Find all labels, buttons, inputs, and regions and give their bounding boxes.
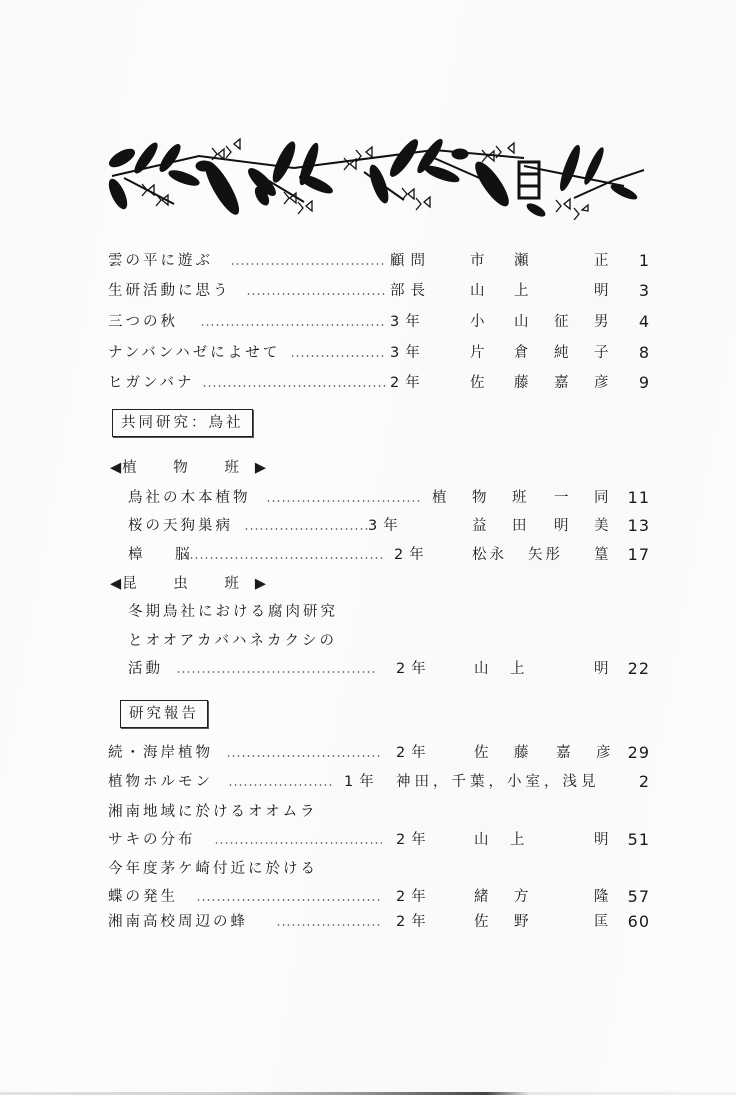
toc-entry[interactable]: 活動 2年 山 上 明 22 — [0, 657, 736, 681]
toc-entry[interactable]: 雲の平に遊ぶ 顧問 市 瀬 正 1 — [0, 249, 736, 273]
leader-dots — [290, 341, 386, 365]
toc-entry-line: 今年度茅ケ崎付近に於ける — [0, 857, 736, 881]
leader-dots — [266, 486, 422, 510]
entry-page: 29 — [628, 741, 650, 765]
toc-entry-line: 湘南地域に於けるオオムラ — [0, 800, 736, 824]
leader-dots — [230, 249, 386, 273]
entry-title: 湘南高校周辺の蜂 — [108, 910, 248, 934]
entry-grade: 2年 — [396, 657, 432, 681]
leader-dots — [228, 770, 332, 794]
entry-grade: 2年 — [396, 885, 432, 909]
entry-title: 三つの秋 — [108, 310, 178, 334]
entry-page: 11 — [628, 486, 650, 510]
toc-entry[interactable]: 湘南高校周辺の蜂 2年 佐 野 匡 60 — [0, 910, 736, 934]
entry-grade: 2年 — [396, 741, 432, 765]
left-triangle-icon: ◀ — [110, 576, 122, 592]
toc-entry[interactable]: 三つの秋 3年 小 山 征 男 4 — [0, 310, 736, 334]
entry-title: ナンバンハゼによせて — [108, 341, 280, 365]
entry-grade: 3年 — [368, 514, 404, 538]
leafy-vine-icon — [104, 128, 670, 220]
entry-grade: 3年 — [390, 341, 426, 365]
entry-grade: 2年 — [390, 371, 426, 395]
entry-page: 22 — [628, 657, 650, 681]
entry-title: 植物ホルモン — [108, 770, 213, 794]
entry-page: 8 — [639, 341, 650, 365]
right-triangle-icon: ▶ — [255, 460, 267, 476]
toc-entry[interactable]: 続・海岸植物 2年 佐 藤 嘉 彦 29 — [0, 741, 736, 765]
entry-title: 桜の天狗巣病 — [128, 514, 233, 538]
entry-title: 蝶の発生 — [108, 885, 178, 909]
group-heading-insects: ◀昆 虫 班▶ — [110, 572, 267, 596]
entry-title: 雲の平に遊ぶ — [108, 249, 213, 273]
toc-entry[interactable]: 鳥社の木本植物 植 物 班 一 同 11 — [0, 486, 736, 510]
toc-entry[interactable]: 桜の天狗巣病 3年 益 田 明 美 13 — [0, 514, 736, 538]
leader-dots — [244, 514, 368, 538]
leader-dots — [202, 371, 386, 395]
entry-grade: 2年 — [394, 543, 430, 567]
toc-entry[interactable]: 植物ホルモン 1年 神田，千葉，小室，浅見 2 — [0, 770, 736, 794]
entry-grade: 部長 — [390, 279, 431, 303]
entry-grade: 3年 — [390, 310, 426, 334]
entry-page: 57 — [628, 885, 650, 909]
entry-page: 17 — [628, 543, 650, 567]
entry-page: 2 — [639, 770, 650, 794]
leader-dots — [214, 828, 382, 852]
entry-grade: 2年 — [396, 828, 432, 852]
leader-dots — [246, 279, 386, 303]
right-triangle-icon: ▶ — [255, 576, 267, 592]
entry-title: 生研活動に思う — [108, 279, 231, 303]
entry-grade: 顧問 — [390, 249, 431, 273]
toc-entry[interactable]: サキの分布 2年 山 上 明 51 — [0, 828, 736, 852]
contents-banner — [104, 128, 670, 220]
entry-page: 3 — [639, 279, 650, 303]
toc-entry[interactable]: ヒガンバナ 2年 佐 藤 嘉 彦 9 — [0, 371, 736, 395]
leader-dots — [276, 910, 382, 934]
toc-entry[interactable]: 樟 脳 2年 松永 矢彤 篁 17 — [0, 543, 736, 567]
entry-page: 60 — [628, 910, 650, 934]
entry-title-line: 今年度茅ケ崎付近に於ける — [108, 857, 318, 881]
leader-dots — [176, 657, 376, 681]
entry-title-line: とオオアカバハネカクシの — [128, 629, 337, 653]
entry-title: サキの分布 — [108, 828, 196, 852]
entry-page: 1 — [639, 249, 650, 273]
toc-entry-line: とオオアカバハネカクシの — [0, 629, 736, 653]
leader-dots — [184, 543, 384, 567]
entry-title: 鳥社の木本植物 — [128, 486, 251, 510]
group-heading-plants: ◀植 物 班▶ — [110, 456, 267, 480]
toc-entry[interactable]: 蝶の発生 2年 緒 方 隆 57 — [0, 885, 736, 909]
entry-grade: 2年 — [396, 910, 432, 934]
section-heading-research-reports: 研究報告 — [120, 700, 208, 728]
leader-dots — [226, 741, 382, 765]
toc-entry[interactable]: 生研活動に思う 部長 山 上 明 3 — [0, 279, 736, 303]
toc-entry-line: 冬期鳥社における腐肉研究 — [0, 600, 736, 624]
entry-page: 4 — [639, 310, 650, 334]
left-triangle-icon: ◀ — [110, 460, 122, 476]
entry-page: 51 — [628, 828, 650, 852]
entry-title-line: 湘南地域に於けるオオムラ — [108, 800, 318, 824]
entry-title: 活動 — [128, 657, 163, 681]
entry-title: 続・海岸植物 — [108, 741, 213, 765]
entry-title: ヒガンバナ — [108, 371, 195, 395]
entry-title-line: 冬期鳥社における腐肉研究 — [128, 600, 338, 624]
section-heading-joint-research: 共同研究：鳥社 — [112, 409, 253, 437]
entry-page: 13 — [628, 514, 650, 538]
entry-grade: 1年 — [344, 770, 380, 794]
toc-entry[interactable]: ナンバンハゼによせて 3年 片 倉 純 子 8 — [0, 341, 736, 365]
leader-dots — [196, 885, 382, 909]
entry-page: 9 — [639, 371, 650, 395]
entry-author: 神田，千葉，小室，浅見 — [396, 770, 600, 794]
leader-dots — [200, 310, 386, 334]
